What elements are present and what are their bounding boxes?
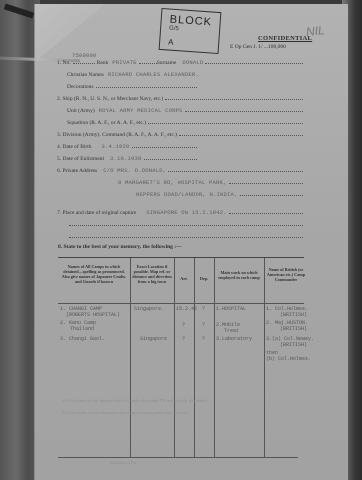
dotted-line [165, 95, 303, 100]
column-divider [214, 258, 215, 458]
faint-footer-1: (a) If you know of any Japanese Staff or… [62, 398, 207, 403]
dob-label: 4. Date of Birth [57, 144, 92, 150]
dotted-line [205, 59, 303, 64]
unit-value: ROYAL ARMY MEDICAL CORPS [99, 107, 183, 114]
section-8-heading: 8. State to the best of your memory, the… [58, 244, 182, 250]
dotted-line [229, 179, 303, 184]
stamp-letter: A [168, 38, 174, 47]
address-line-3: NEPPERS DOAD/LANDOR, N.INDIA. [136, 191, 238, 198]
column-divider [174, 258, 175, 458]
field-private-address: 6. Private Address C/O MRS. D.DONALD, [57, 167, 303, 174]
address-line-1: C/O MRS. D.DONALD, [103, 167, 166, 174]
squadron-label: Squadron (R. A. F., or A. A. F., etc.) [67, 120, 146, 126]
header-divider [58, 303, 304, 304]
form-reference: E Op Gen J. 1/ ...100,000 [230, 44, 286, 50]
unit-label: Unit (Army) [67, 108, 95, 114]
row3-arr: ? [182, 336, 185, 342]
row2-arr: ? [182, 322, 185, 328]
dotted-line [229, 209, 303, 214]
christian-names-value: RICHARD CHARLES ALEXANDER. [108, 71, 199, 78]
row3-dep: ? [202, 336, 205, 342]
field-christian-names: Christian Names RICHARD CHARLES ALEXANDE… [67, 71, 212, 78]
header-work: Main work on which employed in each camp [216, 270, 262, 280]
capture-label: 7. Place and date of original capture [57, 210, 136, 216]
surname-label: Surname [157, 60, 177, 66]
dob-value: 3.4.1920 [102, 143, 130, 150]
classification-label: CONFIDENTIAL [258, 35, 312, 42]
address-line-2: 8 MARGARET'S RD, HOSPITAL PARK, [118, 179, 227, 186]
table-bottom-rule [58, 457, 298, 458]
division-label: 3. Division (Army). Command (R. A. F., A… [57, 132, 177, 138]
capture-value: SINGAPORE ON 15.2.1942. [146, 209, 227, 216]
header-camps: Names of All Camps in which detained—spe… [60, 264, 128, 284]
ship-label: 2. Ship (R. N., U. S. N., or Merchant Na… [57, 96, 163, 102]
field-address-line-3: NEPPERS DOAD/LANDOR, N.INDIA. [108, 191, 303, 198]
dotted-line [185, 107, 303, 112]
column-divider [194, 258, 195, 458]
field-date-of-birth: 4. Date of Birth 3.4.1920 [57, 143, 197, 150]
row3-commander-extra-2: (b) Col.Holmes. [266, 356, 311, 362]
dotted-line [168, 167, 303, 172]
no-label: 1. No. [57, 60, 71, 66]
row3-location: Singapore [140, 336, 167, 342]
field-name-rank-surname: 1. No. Rank PRIVATE Surname DONALD [57, 59, 303, 66]
field-division: 3. Division (Army). Command (R. A. F., A… [57, 131, 303, 138]
address-label: 6. Private Address [57, 168, 97, 174]
dotted-line [96, 83, 197, 88]
field-squadron: Squadron (R. A. F., or A. A. F., etc.) [67, 119, 303, 126]
stamp-number: G/5 [169, 26, 179, 33]
enlistment-value: 3.10.1939 [110, 155, 142, 162]
dotted-line [73, 59, 95, 64]
field-unit: Unit (Army) ROYAL ARMY MEDICAL CORPS [67, 107, 303, 114]
row3-work: 3.Laboratory [216, 336, 252, 342]
decorations-label: Decorations [67, 84, 94, 90]
column-divider [130, 258, 131, 458]
faint-footer-2: (b) Give details of any witnesses to war… [62, 410, 188, 415]
dotted-line [148, 119, 303, 124]
row2-work-note: Treat [224, 328, 239, 334]
dotted-line [69, 233, 303, 238]
row1-arr: 15.2.42 [176, 306, 197, 312]
block-stamp: BLOCK G/5 A [159, 8, 222, 54]
dotted-line [179, 131, 303, 136]
dotted-line [144, 155, 197, 160]
dotted-line [139, 59, 157, 64]
row1-work: 1.HOSPITAL [216, 306, 246, 312]
header-commander: Name of British (or American etc.) Camp … [266, 267, 306, 282]
header-location: Exact Location if possible. Map ref. or … [132, 264, 172, 284]
column-divider [264, 258, 265, 458]
field-address-line-2: 8 MARGARET'S RD, HOSPITAL PARK, [108, 179, 303, 186]
dotted-line [132, 143, 197, 148]
dotted-line [69, 221, 303, 226]
row2-commander-note: (BRITISH) [280, 326, 307, 332]
row3-commander-note: (BRITISH) [280, 342, 307, 348]
camps-table: Names of All Camps in which detained—spe… [58, 257, 304, 457]
faint-signature: Signature of PW [110, 460, 137, 465]
row3-camp: 3. Changi Gaol. [60, 336, 105, 342]
row1-location: Singapore. [134, 306, 164, 312]
binder-strap [4, 4, 34, 19]
row1-camp-note: (ROBERTS HOSPITAL) [66, 312, 120, 318]
rank-label: Rank [97, 60, 109, 66]
christian-names-label: Christian Names [67, 72, 104, 78]
enlistment-label: 5. Date of Enlistment [57, 156, 104, 162]
field-decorations: Decorations [67, 83, 197, 90]
row1-dep: ? [202, 306, 205, 312]
header-arr: Arr. [175, 276, 193, 281]
field-ship: 2. Ship (R. N., U. S. N., or Merchant Na… [57, 95, 303, 102]
blank-line [67, 233, 303, 238]
rank-value: PRIVATE [112, 59, 137, 66]
row2-dep: ? [202, 322, 205, 328]
service-number: 7500000 [72, 52, 97, 59]
dotted-line [240, 191, 303, 196]
header-dep: Dep. [195, 276, 213, 281]
field-date-of-enlistment: 5. Date of Enlistment 3.10.1939 [57, 155, 197, 162]
surname-value: DONALD [182, 59, 203, 66]
field-capture: 7. Place and date of original capture SI… [57, 209, 303, 216]
row1-commander-note: (BRITISH) [280, 312, 307, 318]
blank-line [67, 221, 303, 226]
row2-camp-note: Thailand [70, 326, 94, 332]
